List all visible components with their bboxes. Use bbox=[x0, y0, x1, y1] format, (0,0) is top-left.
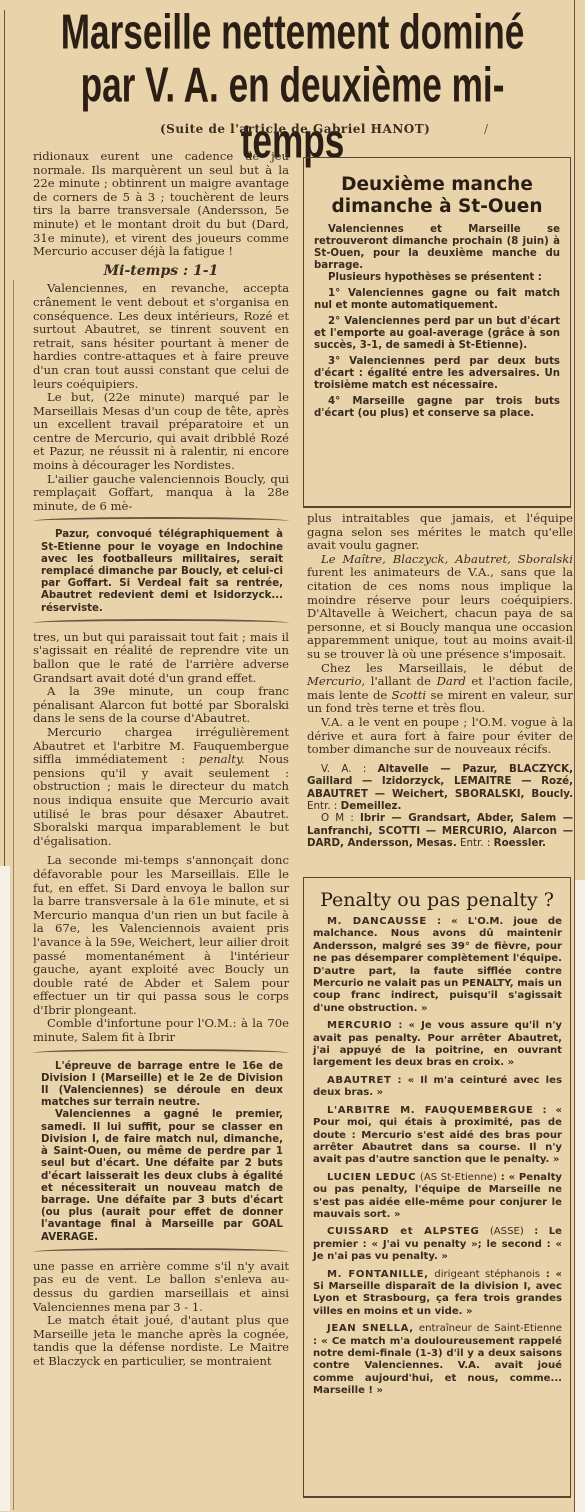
player-names: Le Maître, Blaczyck, Abautret, Sboralski bbox=[321, 552, 573, 566]
wavy-divider bbox=[33, 517, 289, 525]
paragraph: V.A. a le vent en poupe ; l'O.M. vogue à… bbox=[307, 716, 573, 757]
lineups: V. A. : Altavelle — Pazur, BLACZYCK, Gai… bbox=[307, 763, 573, 850]
hypothesis-item: 4° Marseille gagne par trois buts d'écar… bbox=[314, 396, 560, 420]
box-body: M. DANCAUSSE : « L'O.M. joue de malchanc… bbox=[304, 912, 570, 1398]
affiliation: (AS St-Etienne) bbox=[420, 1172, 497, 1183]
text: furent les animateurs de V.A., sans que … bbox=[307, 565, 573, 661]
text: Chez les Marseillais, le début de bbox=[321, 661, 573, 675]
paragraph: A la 39e minute, un coup franc pénalisan… bbox=[33, 685, 289, 726]
paragraph: La seconde mi-temps s'annonçait donc déf… bbox=[33, 854, 289, 1017]
hypothesis-item: 1° Valenciennes gagne ou fait match nul … bbox=[314, 288, 560, 312]
speaker: M. DANCAUSSE bbox=[327, 916, 427, 927]
box-title: Penalty ou pas penalty ? bbox=[304, 888, 570, 912]
box-title-line: dimanche à St-Ouen bbox=[304, 196, 570, 218]
note-text: Pazur, convoqué télégraphiquement à St-E… bbox=[41, 529, 283, 614]
speaker: LUCIEN LEDUC bbox=[327, 1172, 416, 1183]
left-column: ridionaux eurent une cadence de jeu norm… bbox=[33, 150, 289, 1368]
team-label: O M : bbox=[321, 812, 354, 824]
box-penalty-quotes: Penalty ou pas penalty ? M. DANCAUSSE : … bbox=[303, 877, 571, 1498]
scan-margin bbox=[0, 866, 10, 1511]
paragraph: Le but, (22e minute) marqué par le Marse… bbox=[33, 391, 289, 473]
subheading: Mi-temps : 1-1 bbox=[33, 265, 289, 279]
player-name: Dard bbox=[437, 674, 466, 688]
quote: L'ARBITRE M. FAUQUEMBERGUE : « Pour moi,… bbox=[313, 1105, 562, 1167]
quote-text: : « Ce match m'a douloureusement rappelé… bbox=[313, 1336, 562, 1397]
affiliation: dirigeant stéphanois bbox=[434, 1269, 540, 1280]
text: , l'allant de bbox=[361, 674, 436, 688]
box-title-line: Deuxième manche bbox=[304, 174, 570, 196]
quote: LUCIEN LEDUC (AS St-Etienne) : « Penalty… bbox=[313, 1172, 562, 1222]
column-rule bbox=[13, 280, 14, 1510]
paragraph: Comble d'infortune pour l'O.M.: à la 70e… bbox=[33, 1017, 289, 1044]
speaker: ABAUTRET bbox=[327, 1075, 391, 1086]
note-barrage: L'épreuve de barrage entre le 16e de Div… bbox=[33, 1061, 289, 1244]
player-name: Scotti bbox=[392, 688, 426, 702]
text: Nous pensions qu'il y avait seulement : … bbox=[33, 752, 289, 848]
wavy-divider bbox=[33, 1248, 289, 1256]
quote: ABAUTRET : « Il m'a ceinturé avec les de… bbox=[313, 1075, 562, 1100]
paragraph: L'ailier gauche valenciennois Boucly, qu… bbox=[33, 473, 289, 514]
paragraph: Mercurio chargea irrégulièrement Abautre… bbox=[33, 726, 289, 848]
paragraph: Valenciennes, en revanche, accepta crâne… bbox=[33, 282, 289, 391]
speaker: MERCURIO bbox=[327, 1020, 392, 1031]
note-pazur: Pazur, convoqué télégraphiquement à St-E… bbox=[33, 529, 289, 614]
note-text: L'épreuve de barrage entre le 16e de Div… bbox=[41, 1061, 283, 1110]
quote: M. FONTANILLE, dirigeant stéphanois : « … bbox=[313, 1269, 562, 1319]
paragraph: plus intraitables que jamais, et l'équip… bbox=[307, 512, 573, 553]
right-column: plus intraitables que jamais, et l'équip… bbox=[307, 512, 573, 850]
text-italic: penalty. bbox=[199, 752, 245, 766]
box-second-leg: Deuxième manche dimanche à St-Ouen Valen… bbox=[303, 157, 571, 508]
paragraph: Le Maître, Blaczyck, Abautret, Sboralski… bbox=[307, 553, 573, 662]
headline-line-1: Marseille nettement dominé bbox=[59, 5, 527, 61]
scan-margin bbox=[575, 880, 585, 1512]
box-body: Valenciennes et Marseille se retrouveron… bbox=[304, 218, 570, 420]
quote: M. DANCAUSSE : « L'O.M. joue de malchanc… bbox=[313, 916, 562, 1015]
hypothesis-item: 2° Valenciennes perd par un but d'écart … bbox=[314, 316, 560, 352]
affiliation: (ASSE) bbox=[490, 1226, 524, 1237]
byline: (Suite de l'article de Gabriel HANOT) bbox=[160, 122, 430, 136]
player-name: Mercurio bbox=[307, 674, 361, 688]
quote: CUISSARD et ALPSTEG (ASSE) : Le premier … bbox=[313, 1226, 562, 1263]
coach-name: Roessler. bbox=[494, 837, 546, 849]
paragraph: Valenciennes et Marseille se retrouveron… bbox=[314, 224, 560, 272]
paragraph: Le match était joué, d'autant plus que M… bbox=[33, 1314, 289, 1368]
wavy-divider bbox=[33, 1049, 289, 1057]
lineup-va: V. A. : Altavelle — Pazur, BLACZYCK, Gai… bbox=[307, 763, 573, 813]
coach-name: Demeillez. bbox=[341, 800, 402, 812]
note-text: Valenciennes a gagné le premier, samedi.… bbox=[41, 1109, 283, 1243]
print-mark: / bbox=[484, 122, 488, 136]
speaker: CUISSARD et ALPSTEG bbox=[327, 1226, 479, 1237]
paragraph: tres, un but qui paraissait tout fait ; … bbox=[33, 631, 289, 685]
hypothesis-item: 3° Valenciennes perd par deux buts d'éca… bbox=[314, 356, 560, 392]
wavy-divider bbox=[33, 619, 289, 627]
paragraph: Plusieurs hypothèses se présentent : bbox=[314, 272, 560, 284]
quote-text: : « L'O.M. joue de malchance. Nous avons… bbox=[313, 916, 562, 1014]
coach-label: Entr. : bbox=[307, 800, 337, 812]
team-label: V. A. : bbox=[321, 763, 366, 775]
newspaper-page: Marseille nettement dominé par V. A. en … bbox=[0, 0, 585, 1512]
affiliation: entraîneur de Saint-Etienne bbox=[419, 1323, 562, 1334]
coach-label: Entr. : bbox=[460, 837, 490, 849]
speaker: M. FONTANILLE, bbox=[327, 1269, 429, 1280]
paragraph: une passe en arrière comme s'il n'y avai… bbox=[33, 1260, 289, 1314]
lineup-om: O M : Ibrir — Grandsart, Abder, Salem — … bbox=[307, 812, 573, 849]
speaker: L'ARBITRE M. FAUQUEMBERGUE bbox=[327, 1105, 533, 1116]
paragraph: Chez les Marseillais, le début de Mercur… bbox=[307, 662, 573, 716]
quote: MERCURIO : « Je vous assure qu'il n'y av… bbox=[313, 1020, 562, 1070]
speaker: JEAN SNELLA, bbox=[327, 1323, 414, 1334]
box-title: Deuxième manche dimanche à St-Ouen bbox=[304, 174, 570, 218]
quote: JEAN SNELLA, entraîneur de Saint-Etienne… bbox=[313, 1323, 562, 1397]
paragraph: ridionaux eurent une cadence de jeu norm… bbox=[33, 150, 289, 259]
